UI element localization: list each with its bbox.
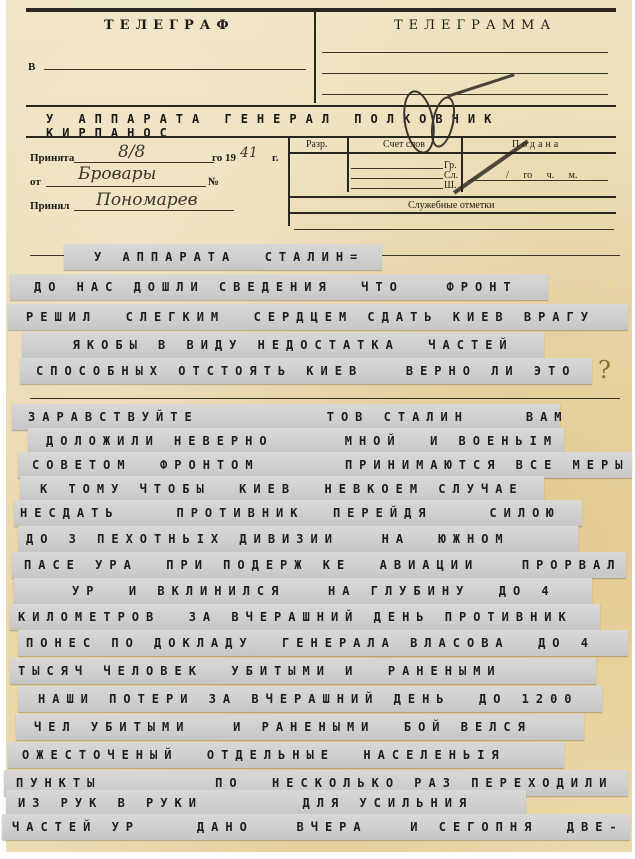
col-category: Разр. [306, 139, 327, 150]
tape-line-9: К ТОМУ ЧТОБЫ КИЕВ НЕВКОЕМ СЛУЧАЕ [20, 476, 544, 502]
from-label: от [30, 176, 41, 188]
tape-line-22: ЧАСТЕЙ УР ДАНО ВЧЕРА И СЕГОПНЯ ДВЕ- [2, 814, 630, 840]
tape-line-14: КИЛОМЕТРОВ ЗА ВЧЕРАШНИЙ ДЕНЬ ПРОТИВНИК [10, 604, 600, 630]
sh-line [351, 188, 443, 189]
received-label: Принята [30, 152, 74, 164]
service-line-2 [294, 229, 614, 230]
form-line [30, 398, 620, 399]
from-value: Бровары [78, 164, 156, 184]
service-notes-label: Служебные отметки [408, 200, 494, 211]
number-label: № [208, 176, 219, 188]
tape-line-5: СПОСОБНЫХ ОТСТОЯТЬ КИЕВ ВЕРНО ЛИ ЭТО [20, 358, 592, 384]
right-line-1 [322, 52, 608, 53]
tape-line-21-visible: ИЗ РУК В РУКИ ДЛЯ УСИЛЬНИЯ [6, 790, 526, 816]
gr-line [351, 168, 443, 169]
year-label: го 19 [212, 152, 236, 164]
table-header-line [288, 152, 616, 154]
service-top-line [288, 196, 616, 198]
tape-line-15: ПОНЕС ПО ДОКЛАДУ ГЕНЕРАЛА ВЛАСОВА ДО 4 [18, 630, 628, 656]
tape-line-10: НЕСДАТЬ ПРОТИВНИК ПЕРЕЙДЯ СИЛОЮ [14, 500, 582, 526]
right-line-2 [322, 73, 608, 74]
year-value: 41 [240, 145, 258, 161]
accepted-line [74, 210, 234, 211]
tape-line-18: ЧЕЛ УБИТЫМИ И РАНЕНЫМИ БОЙ ВЕЛСЯ [16, 714, 584, 740]
submitted-fields: / го ч. м. [506, 170, 578, 181]
accepted-value: Пономарев [96, 190, 198, 210]
table-col-divider-1 [347, 136, 349, 192]
received-line [74, 162, 214, 163]
tape-line-8: СОВЕТОМ ФРОНТОМ ПРИНИМАЮТСЯ ВСЕ МЕРЫ [18, 452, 632, 478]
tape-line-17: НАШИ ПОТЕРИ ЗА ВЧЕРАШНИЙ ДЕНЬ ДО 1200 [18, 686, 602, 712]
tape-line-16: ТЫСЯЧ ЧЕЛОВЕК УБИТЫМИ И РАНЕНЫМИ [10, 658, 596, 684]
header-divider [314, 8, 316, 103]
tape-line-12: ПАСЕ УРА ПРИ ПОДЕРЖ КЕ АВИАЦИИ ПРОРВАЛ [12, 552, 626, 578]
tape-line-3: РЕШИЛ СЛЕГКИМ СЕРДЦЕМ СДАТЬ КИЕВ ВРАГУ [8, 304, 628, 330]
tape-line-13: УР И ВКЛИНИЛСЯ НА ГЛУБИНУ ДО 4 [14, 578, 592, 604]
frame-line [26, 105, 616, 107]
accepted-label: Принял [30, 200, 69, 212]
tape-line-7: ДОЛОЖИЛИ НЕВЕРНО МНОЙ И ВОЕНЬIМ [28, 428, 564, 454]
sl-line [351, 178, 443, 179]
top-border [26, 8, 616, 12]
telegram-title: ТЕЛЕГРАММА [394, 18, 556, 33]
tape-line-11: ДО 3 ПЕХОТНЬIХ ДИВИЗИИ НА ЮЖНОМ [18, 526, 578, 552]
row-sh: Ш. [444, 180, 457, 191]
col-word-count: Счет слов [383, 139, 425, 150]
tape-line-6: ЗАРАВСТВУЙТЕ ТОВ СТАЛИН ВАМ [12, 404, 560, 430]
table-col-divider-2 [461, 136, 463, 192]
frame-line-2 [26, 136, 616, 138]
right-line-3 [322, 94, 608, 95]
to-label: В [28, 61, 35, 73]
col-submitted: Подана [512, 139, 561, 150]
tape-line-4: ЯКОБЫ В ВИДУ НЕДОСТАТКА ЧАСТЕЙ [22, 332, 544, 358]
received-date: 8/8 [118, 142, 145, 162]
handwritten-question-mark: ? [598, 356, 611, 384]
tape-line-19: ОЖЕСТОЧЕНЫЙ ОТДЕЛЬНЫЕ НАСЕЛЕНЬIЯ [8, 742, 564, 768]
tape-line-1: У АППАРАТА СТАЛИН= [64, 244, 382, 270]
telegraph-title: ТЕЛЕГРАФ [104, 18, 235, 33]
service-bottom-line [288, 212, 616, 214]
tape-line-2: ДО НАС ДОШЛИ СВЕДЕНИЯ ЧТО ФРОНТ [10, 274, 548, 300]
to-field-line[interactable] [44, 69, 306, 70]
from-line [46, 186, 206, 187]
year-suffix: г. [272, 152, 279, 164]
